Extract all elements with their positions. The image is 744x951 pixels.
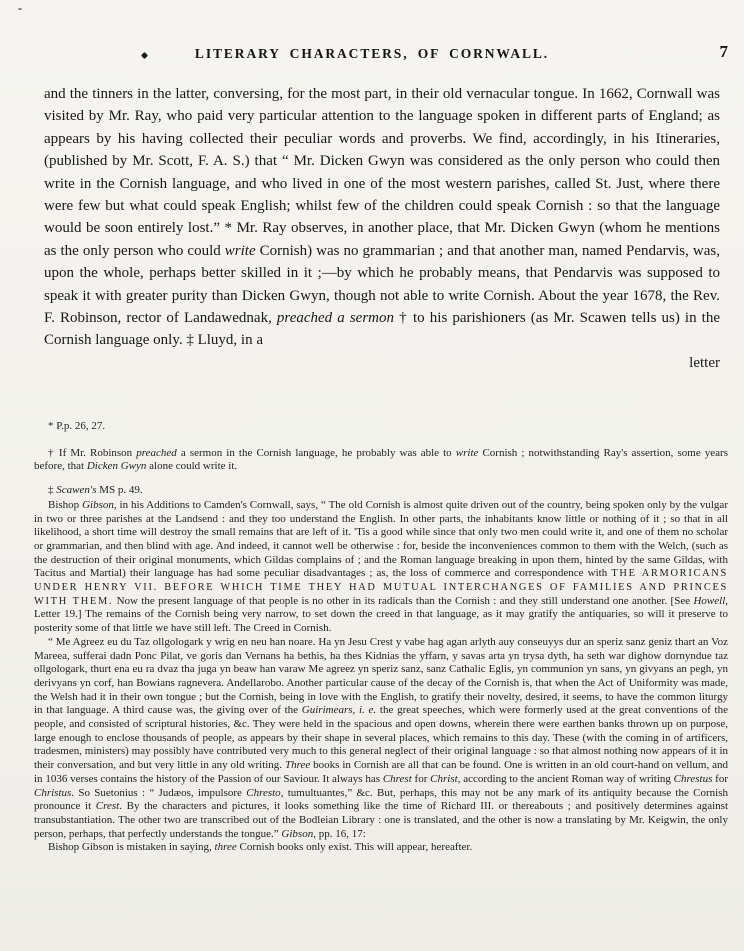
body-paragraph: and the tinners in the latter, conversin…	[44, 83, 720, 352]
running-title: LITERARY CHARACTERS, OF CORNWALL.	[0, 46, 744, 62]
footnote-double-dagger: ‡ Scawen's MS p. 49.	[34, 484, 728, 498]
book-page: LITERARY CHARACTERS, OF CORNWALL. 7 and …	[0, 0, 744, 951]
footnote-gibson-para-3: Bishop Gibson is mistaken in saying, thr…	[34, 841, 728, 855]
footnote-gibson-para-2-creed: “ Me Agreez eu du Taz ollgologark y wrig…	[34, 636, 728, 842]
footnote-asterisk: * P.p. 26, 27.	[34, 420, 728, 434]
catchword: letter	[44, 352, 720, 374]
footnotes: * P.p. 26, 27. † If Mr. Robinson preache…	[34, 420, 728, 855]
ink-speck	[18, 8, 22, 10]
footnote-dagger: † If Mr. Robinson preached a sermon in t…	[34, 447, 728, 474]
main-text: and the tinners in the latter, conversin…	[44, 83, 720, 374]
page-number: 7	[720, 42, 729, 62]
footnote-gibson-para-1: Bishop Gibson, in his Additions to Camde…	[34, 499, 728, 636]
